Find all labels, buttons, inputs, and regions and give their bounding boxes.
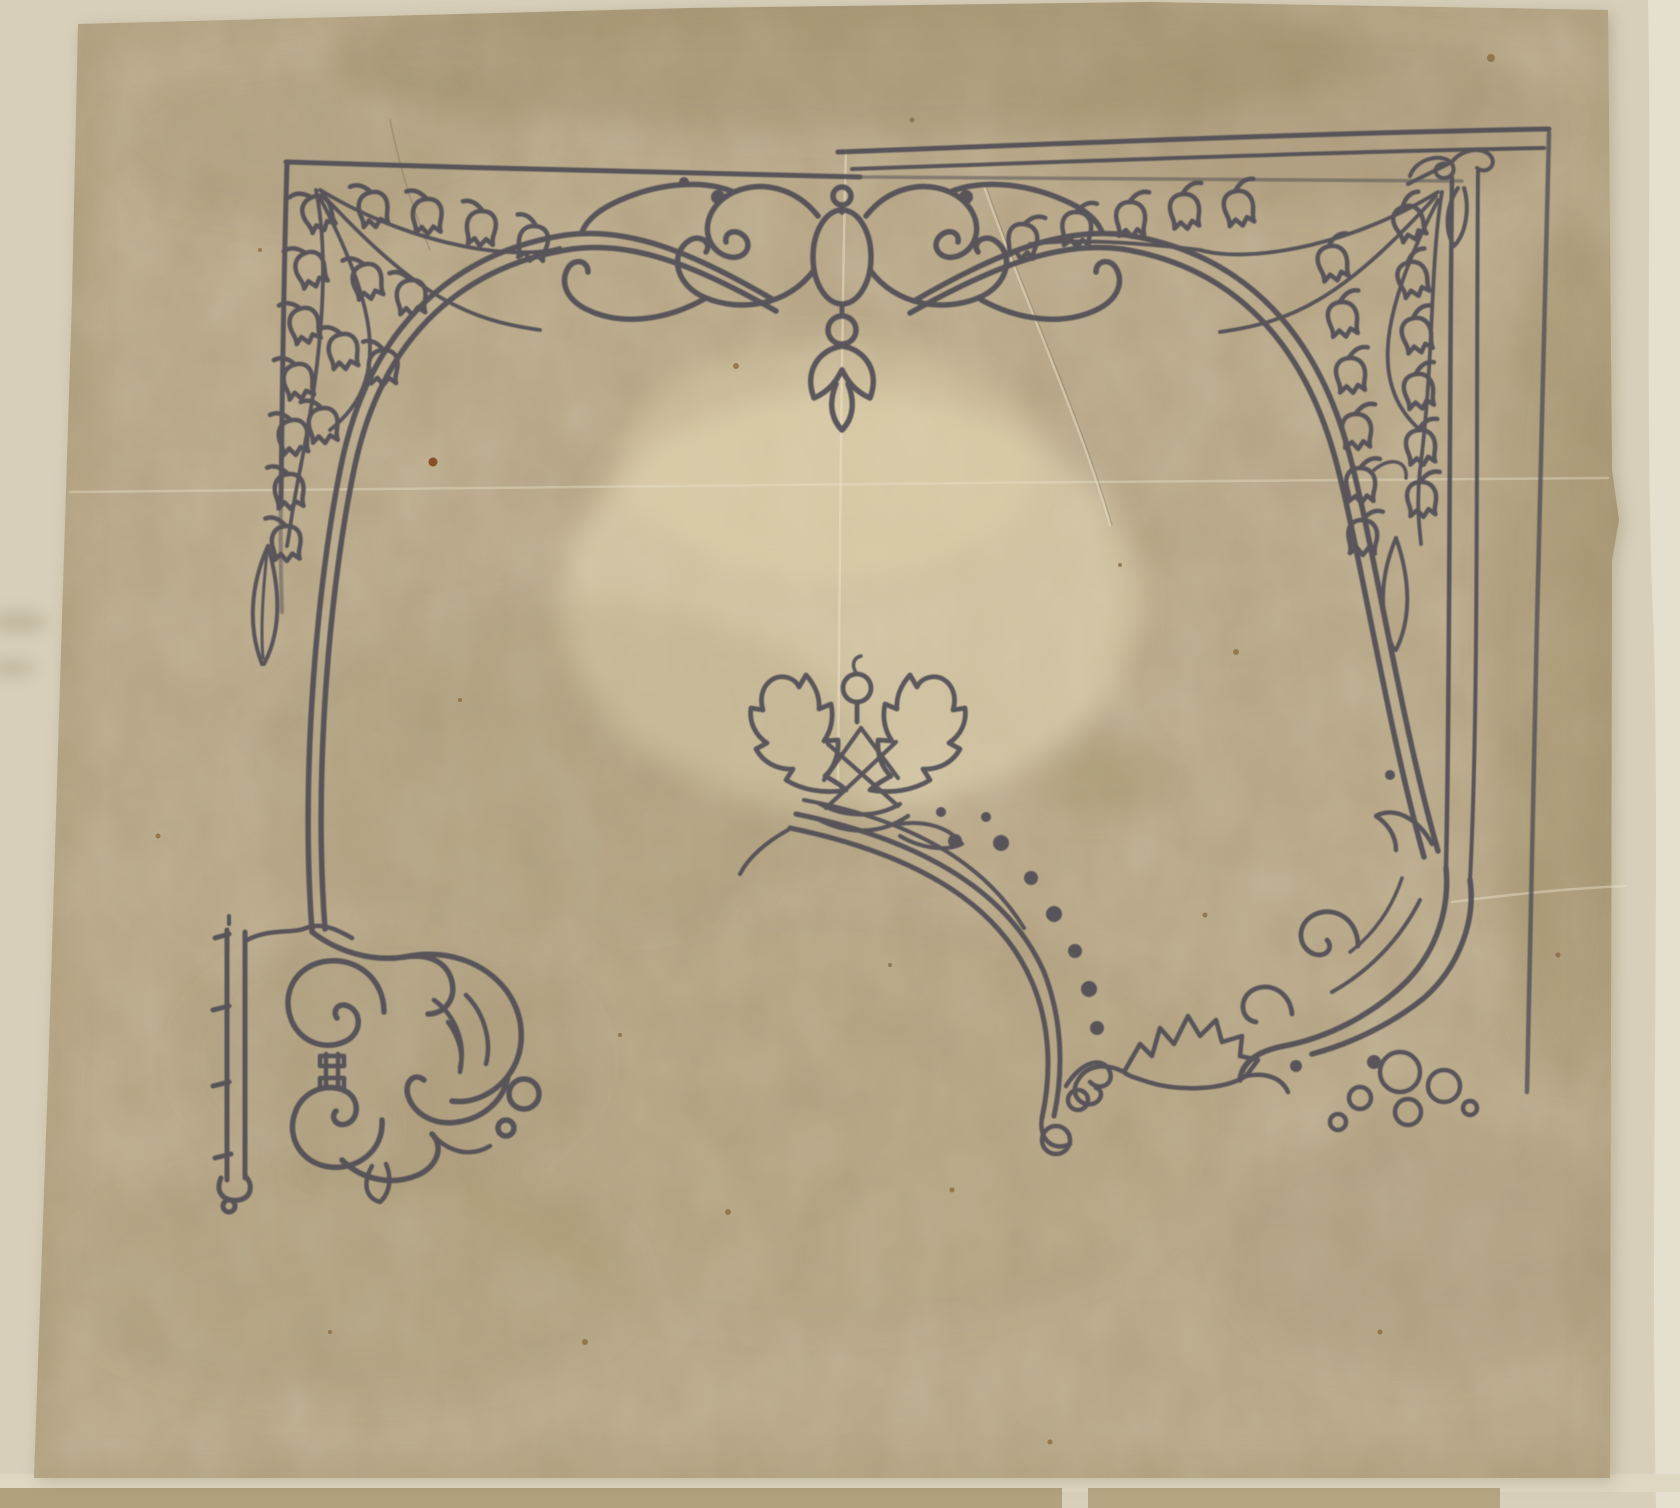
scanned-drawing — [0, 0, 1680, 1508]
bottom-strip-right — [1088, 1488, 1500, 1508]
bottom-strip-left — [0, 1488, 1062, 1508]
